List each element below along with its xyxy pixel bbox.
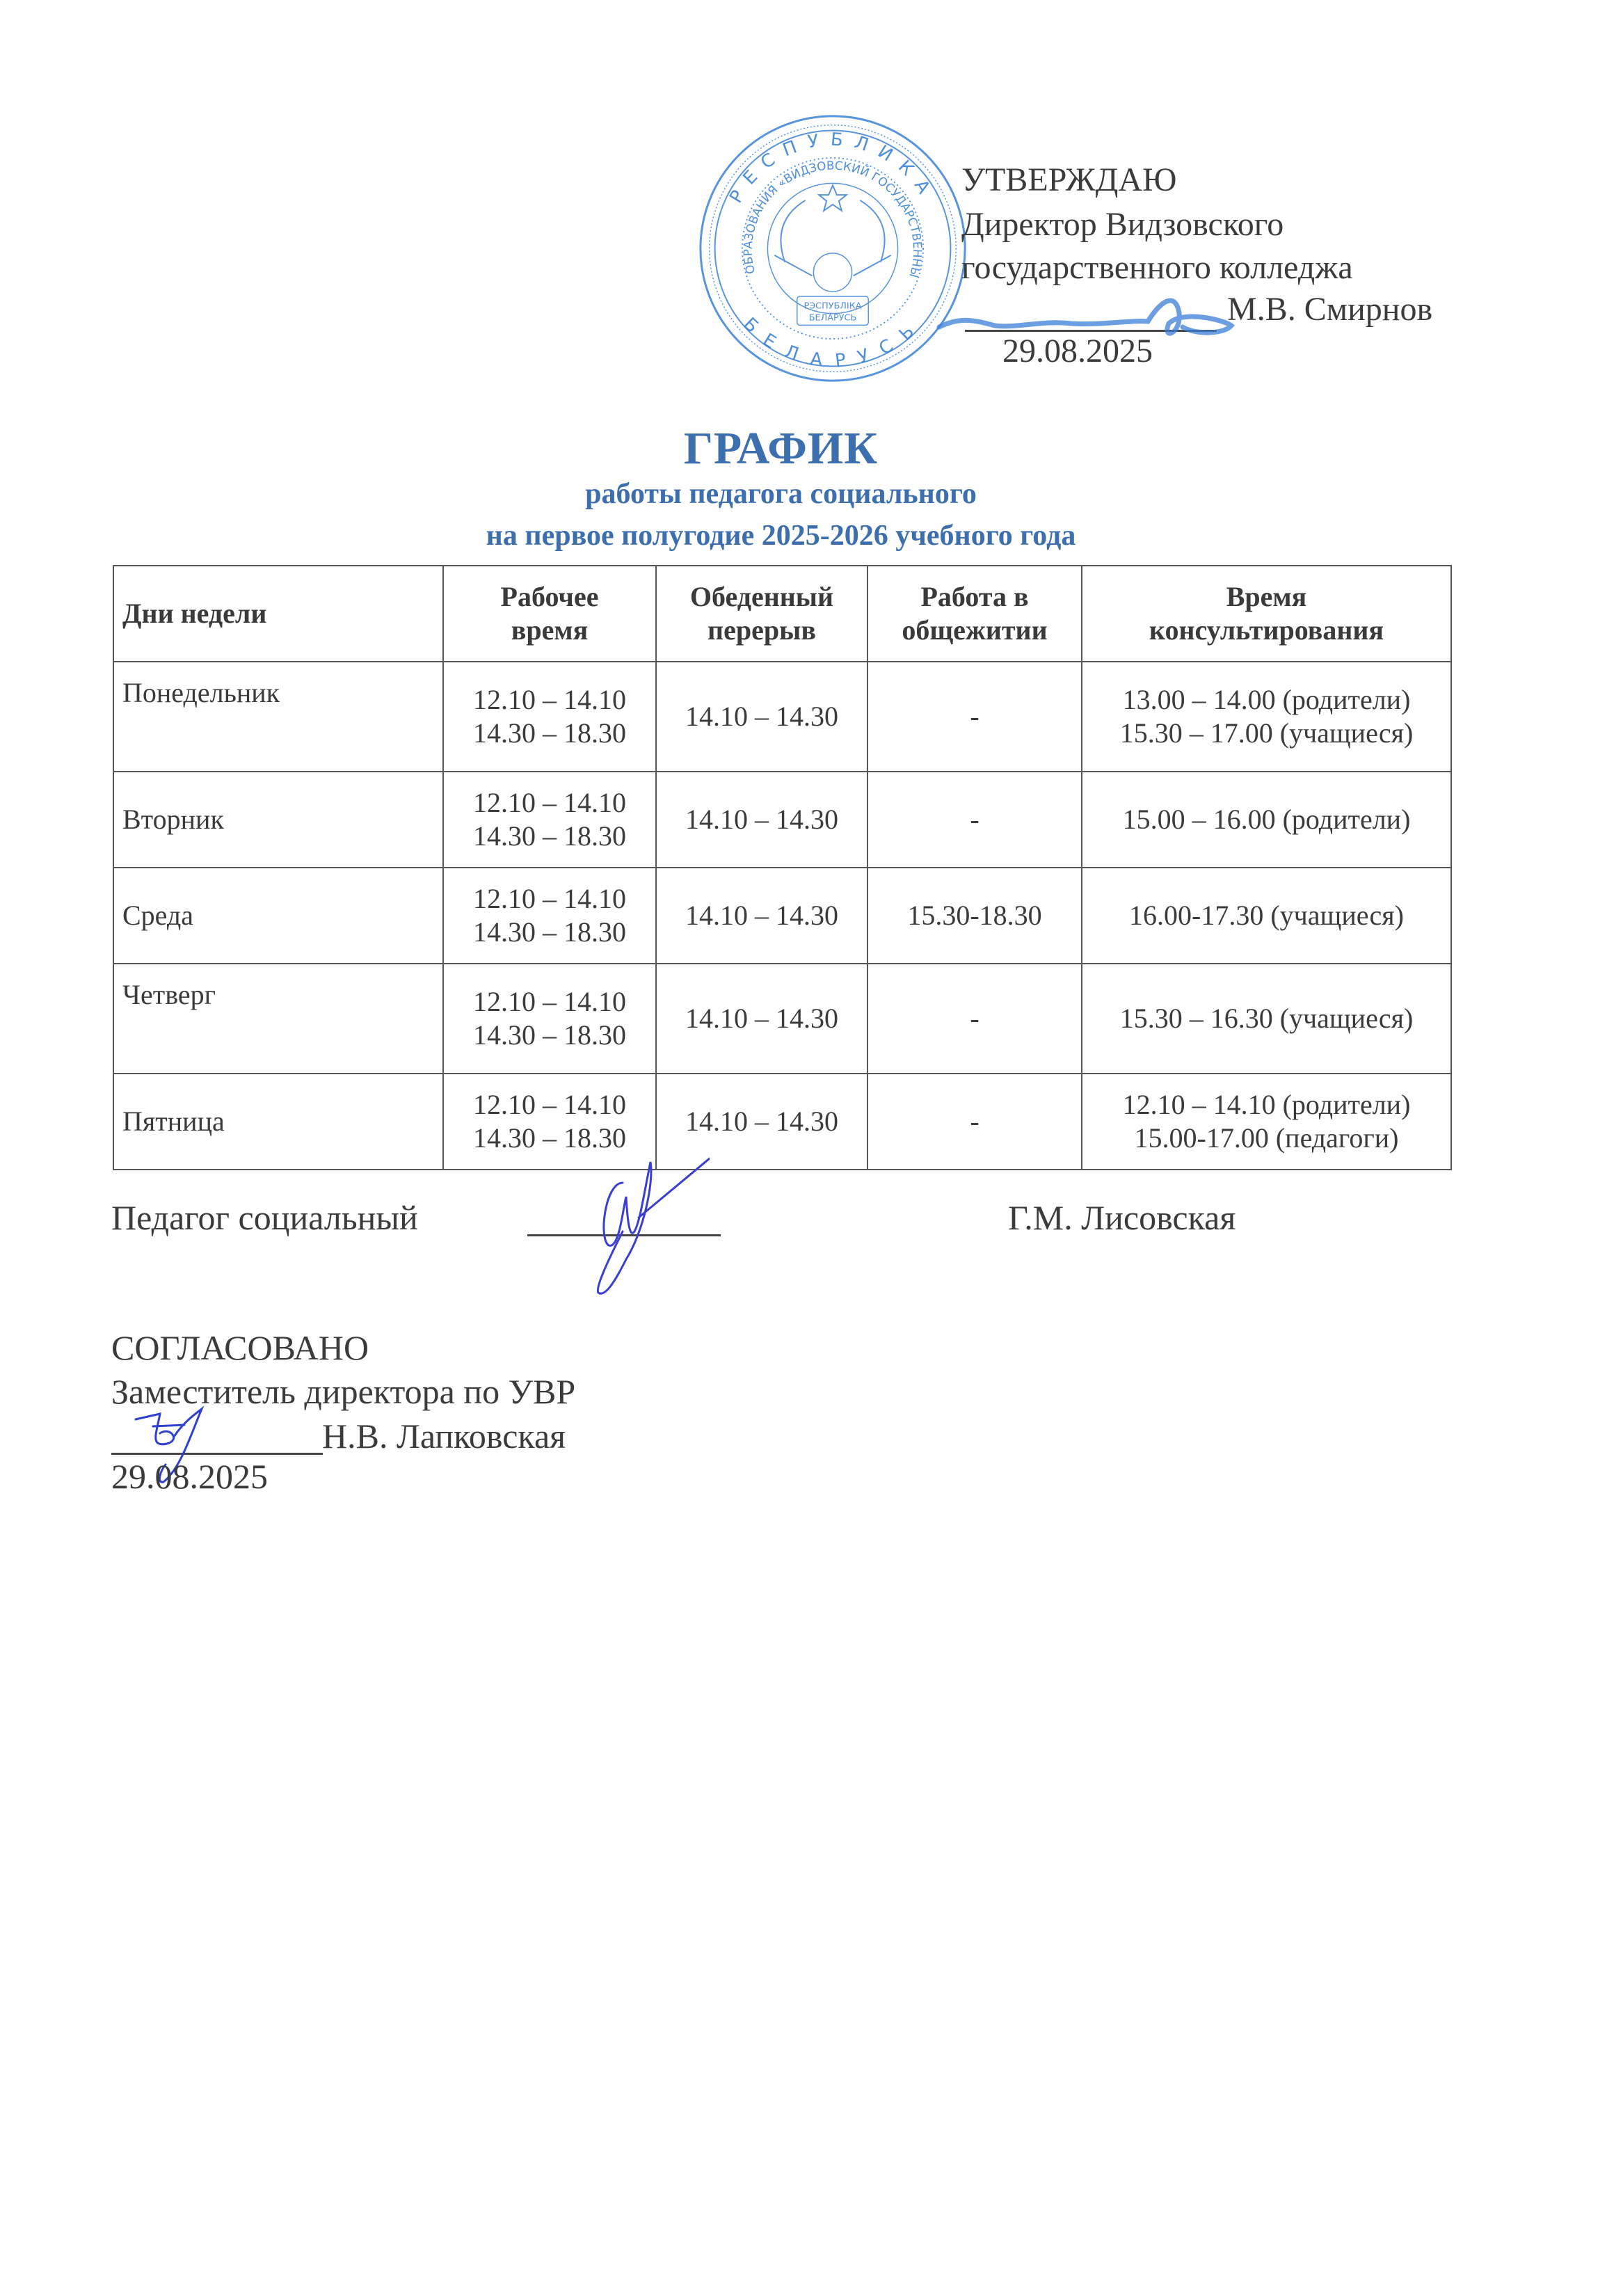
stamp-text-inner: УЧРЕЖДЕНИЕ ОБРАЗОВАНИЯ «ВИДЗОВСКИЙ ГОСУД… <box>741 158 925 280</box>
cell-dormitory: 15.30-18.30 <box>868 868 1082 964</box>
agreed-date: 29.08.2025 <box>111 1454 268 1499</box>
cell-consultation: 12.10 – 14.10 (родители)15.00-17.00 (пед… <box>1082 1074 1451 1170</box>
table-row: Вторник 12.10 – 14.1014.30 – 18.30 14.10… <box>113 772 1451 868</box>
cell-dormitory: - <box>868 964 1082 1074</box>
approval-heading: УТВЕРЖДАЮ <box>961 159 1176 202</box>
cell-consultation: 15.00 – 16.00 (родители) <box>1082 772 1451 868</box>
table-header-row: Дни недели Рабочеевремя Обеденныйперерыв… <box>113 566 1451 662</box>
table-row: Пятница 12.10 – 14.1014.30 – 18.30 14.10… <box>113 1074 1451 1170</box>
cell-day: Пятница <box>113 1074 443 1170</box>
document-title: ГРАФИК работы педагога социального на пе… <box>111 424 1450 557</box>
cell-work-time: 12.10 – 14.1014.30 – 18.30 <box>443 964 656 1074</box>
stamp-emblem-text-2: БЕЛАРУСЬ <box>809 312 856 323</box>
approval-position-line1: Директор Видзовского <box>961 203 1284 246</box>
table-row: Понедельник 12.10 – 14.1014.30 – 18.30 1… <box>113 662 1451 772</box>
signature-role: Педагог социальный <box>111 1195 418 1240</box>
schedule-table: Дни недели Рабочеевремя Обеденныйперерыв… <box>113 565 1452 1170</box>
cell-dormitory: - <box>868 662 1082 772</box>
signature-name: Г.М. Лисовская <box>1008 1195 1236 1240</box>
cell-day: Понедельник <box>113 662 443 772</box>
title-main: ГРАФИК <box>111 424 1450 473</box>
svg-text:УЧРЕЖДЕНИЕ ОБРАЗОВАНИЯ «ВИДЗОВ: УЧРЕЖДЕНИЕ ОБРАЗОВАНИЯ «ВИДЗОВСКИЙ ГОСУД… <box>741 158 925 280</box>
header-work-time: Рабочеевремя <box>443 566 656 662</box>
cell-consultation: 16.00-17.30 (учащиеся) <box>1082 868 1451 964</box>
cell-work-time: 12.10 – 14.1014.30 – 18.30 <box>443 868 656 964</box>
cell-work-time: 12.10 – 14.1014.30 – 18.30 <box>443 772 656 868</box>
agreed-heading: СОГЛАСОВАНО <box>111 1325 369 1370</box>
cell-dormitory: - <box>868 1074 1082 1170</box>
title-subtitle-line1: работы педагога социального <box>111 473 1450 515</box>
cell-lunch: 14.10 – 14.30 <box>656 964 868 1074</box>
cell-lunch: 14.10 – 14.30 <box>656 772 868 868</box>
header-dormitory-work: Работа вобщежитии <box>868 566 1082 662</box>
cell-consultation: 13.00 – 14.00 (родители)15.30 – 17.00 (у… <box>1082 662 1451 772</box>
cell-consultation: 15.30 – 16.30 (учащиеся) <box>1082 964 1451 1074</box>
pedagogue-signature <box>557 1155 710 1301</box>
cell-lunch: 14.10 – 14.30 <box>656 662 868 772</box>
approval-name: М.В. Смирнов <box>1227 288 1432 331</box>
approval-date: 29.08.2025 <box>1002 330 1153 373</box>
cell-lunch: 14.10 – 14.30 <box>656 868 868 964</box>
header-consultation-time: Времяконсультирования <box>1082 566 1451 662</box>
cell-work-time: 12.10 – 14.1014.30 – 18.30 <box>443 662 656 772</box>
table-row: Четверг 12.10 – 14.1014.30 – 18.30 14.10… <box>113 964 1451 1074</box>
cell-day: Среда <box>113 868 443 964</box>
header-days: Дни недели <box>113 566 443 662</box>
title-subtitle-line2: на первое полугодие 2025-2026 учебного г… <box>111 515 1450 557</box>
cell-day: Вторник <box>113 772 443 868</box>
table-row: Среда 12.10 – 14.1014.30 – 18.30 14.10 –… <box>113 868 1451 964</box>
official-stamp: РЕСПУБЛИКА БЕЛАРУСЬ УЧРЕЖДЕНИЕ ОБРАЗОВАН… <box>696 111 970 385</box>
cell-dormitory: - <box>868 772 1082 868</box>
approval-position-line2: государственного колледжа <box>961 246 1353 289</box>
cell-day: Четверг <box>113 964 443 1074</box>
agreed-name: Н.В. Лапковская <box>322 1414 566 1458</box>
header-lunch-break: Обеденныйперерыв <box>656 566 868 662</box>
stamp-emblem-text-1: РЭСПУБЛІКА <box>803 301 861 312</box>
